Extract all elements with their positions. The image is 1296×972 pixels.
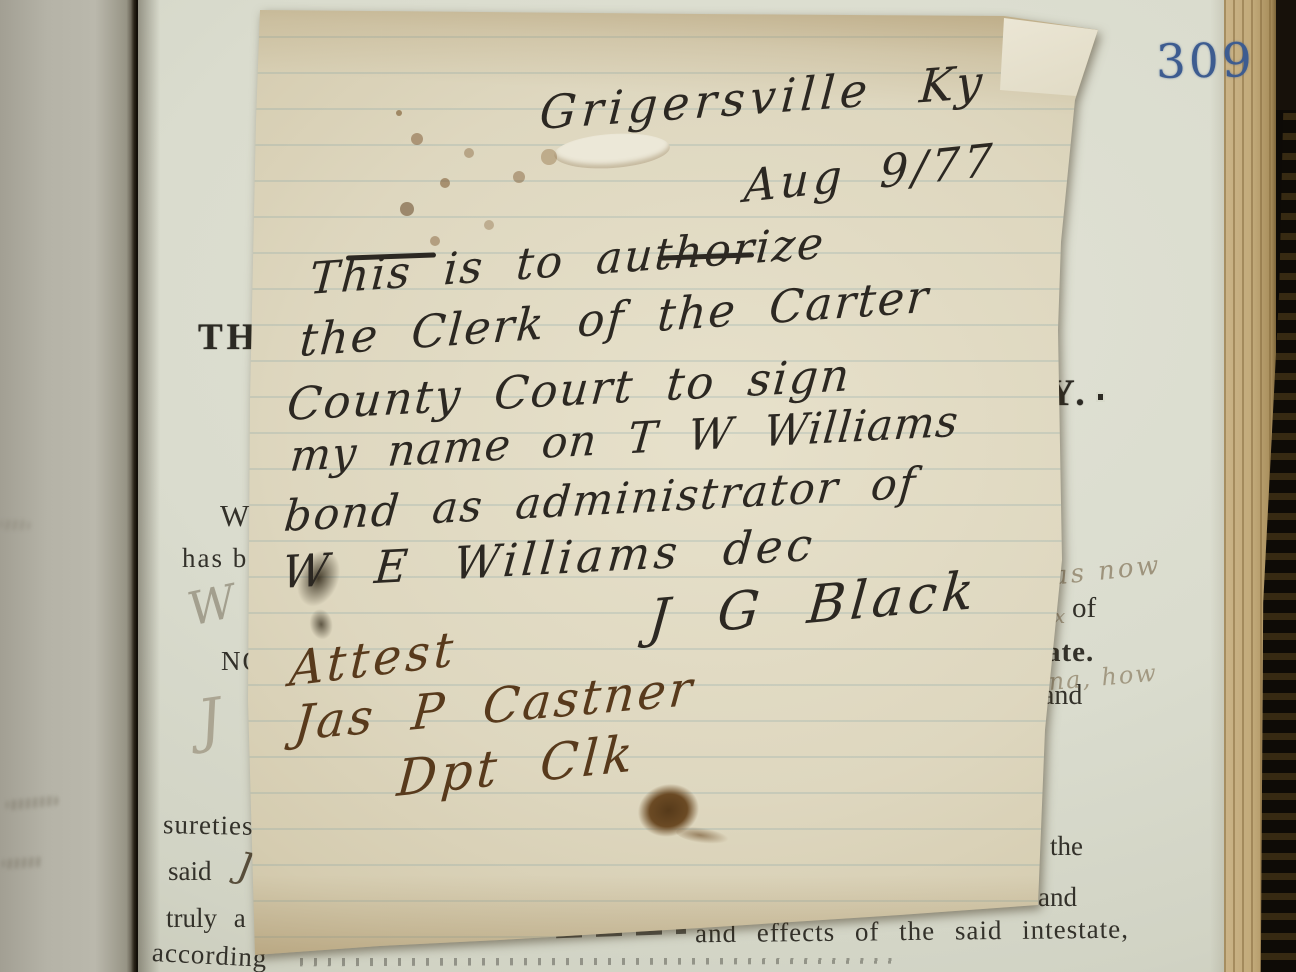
- ink-bleedthrough-mark: [0, 520, 30, 530]
- note-date: Aug 9/77: [743, 133, 997, 213]
- printed-whereas-w: W: [220, 498, 249, 534]
- facing-page-edge: [0, 0, 136, 972]
- note-paper: Grigersville Ky Aug 9/77 This is to auth…: [246, 2, 1106, 960]
- note-torn-corner-patch: [1000, 10, 1102, 100]
- top-right-shadow: [1276, 0, 1296, 110]
- page-number: 309: [1156, 33, 1256, 90]
- printed-said: said: [168, 856, 212, 887]
- note-place: Grigersville Ky: [538, 54, 989, 140]
- printed-sureties: sureties: [163, 809, 254, 842]
- ink-blot-tail: [675, 824, 737, 848]
- printed-truly-a: truly a: [166, 903, 246, 934]
- ink-bleedthrough-mark: [6, 795, 59, 810]
- handwritten-note: Grigersville Ky Aug 9/77 This is to auth…: [246, 2, 1106, 960]
- ink-bleedthrough-mark: [2, 857, 43, 870]
- photographed-ledger-page: 309 TH Y. W has bee NO sureties said tru…: [0, 0, 1296, 972]
- ink-speckles: [396, 110, 402, 116]
